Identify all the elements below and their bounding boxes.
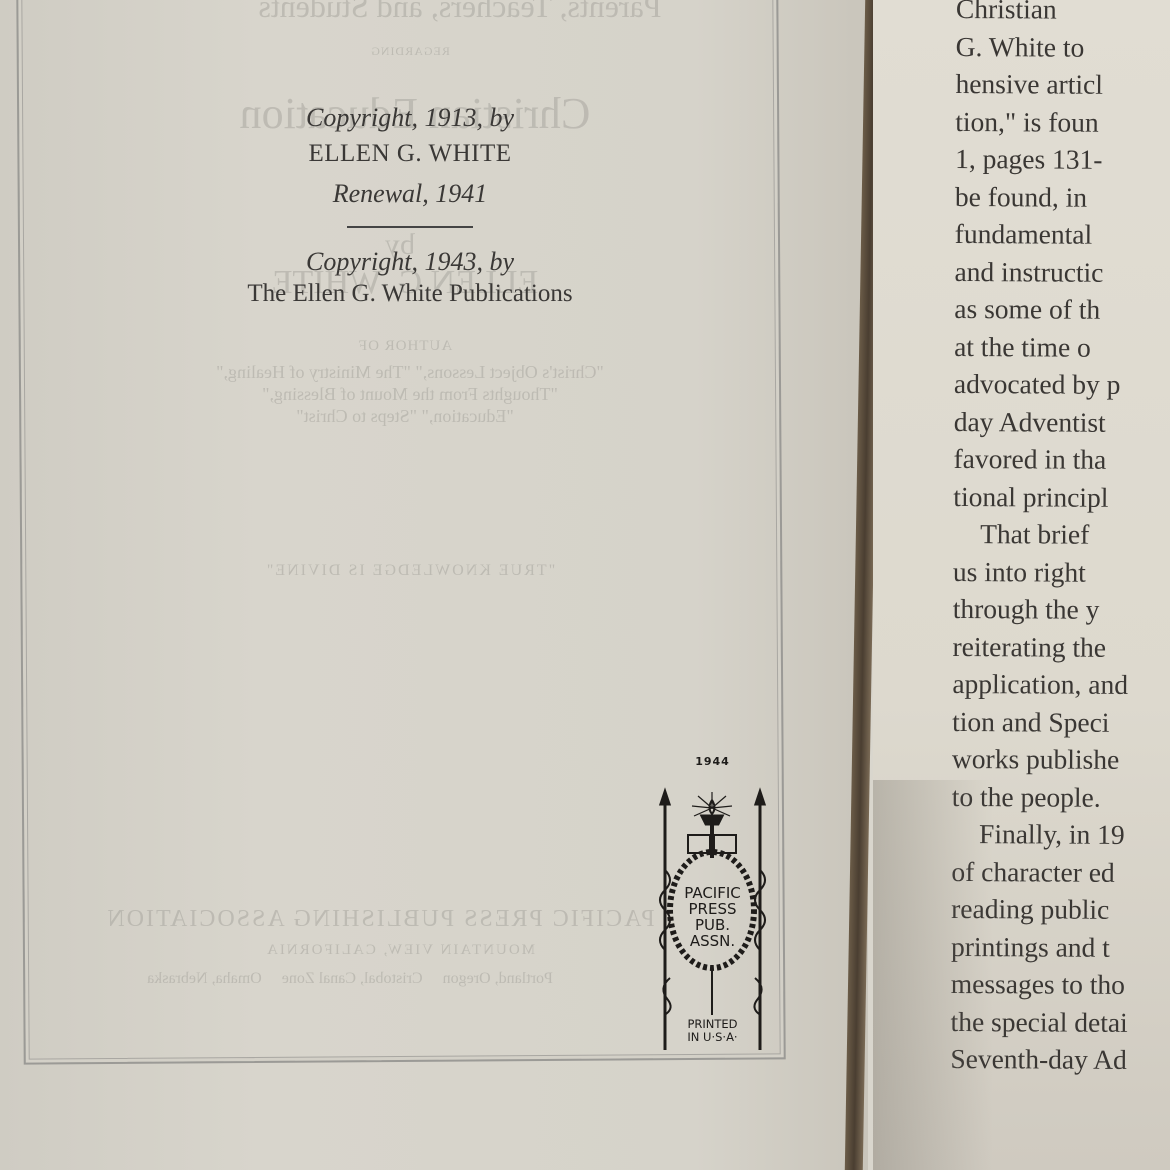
text-line: fundamental	[955, 215, 1170, 254]
text-line: the special detai	[951, 1002, 1170, 1041]
show-through-city: MOUNTAIN VIEW, CALIFORNIA	[230, 942, 570, 959]
divider-rule	[347, 226, 473, 228]
text-line: to the people.	[952, 777, 1170, 816]
text-line: reading public	[951, 890, 1170, 929]
text-line: and instructic	[954, 252, 1170, 291]
copyright-renewal: Renewal, 1941	[200, 176, 620, 212]
copyright-publications: The Ellen G. White Publications	[200, 278, 620, 310]
left-page: Parents, Teachers, and Students REGARDIN…	[0, 0, 868, 1170]
text-line: through the y	[953, 590, 1170, 629]
printed-line: IN U·S·A·	[650, 1031, 775, 1044]
show-through-works-2: "Thoughts From the Mount of Blessing,"	[200, 384, 620, 405]
show-through-branches: Portland, Oregon Cristobal, Canal Zone O…	[60, 970, 640, 988]
show-through-author-of: AUTHOR OF	[330, 338, 480, 355]
text-line: be found, in	[955, 177, 1170, 216]
text-line: us into right	[953, 552, 1170, 591]
colophon-name: PACIFIC PRESS PUB. ASSN.	[650, 885, 775, 949]
copyright-1913: Copyright, 1913, by	[200, 100, 620, 136]
right-page: Christian G. White to hensive articl tio…	[873, 0, 1170, 1170]
text-line: printings and t	[951, 927, 1170, 966]
colophon-year: 1944	[650, 755, 775, 768]
text-line: Christian	[956, 0, 1170, 29]
text-line: messages to tho	[951, 965, 1170, 1004]
text-line: reiterating the	[952, 627, 1170, 666]
show-through-works-1: "Christ's Object Lessons," "The Ministry…	[120, 362, 700, 383]
text-line: as some of th	[954, 290, 1170, 329]
text-line: tion," is foun	[955, 102, 1170, 141]
text-line: application, and	[952, 665, 1170, 704]
text-line: favored in tha	[953, 440, 1170, 479]
printed-in-usa: PRINTED IN U·S·A·	[650, 1018, 775, 1044]
text-line: That brief	[953, 515, 1170, 554]
text-line: works publishe	[952, 740, 1170, 779]
text-line: 1, pages 131-	[955, 140, 1170, 179]
colophon-name-line: PACIFIC	[650, 885, 775, 901]
right-page-body-text: Christian G. White to hensive articl tio…	[950, 0, 1170, 1079]
text-line: hensive articl	[955, 65, 1170, 104]
text-line: Seventh-day Ad	[950, 1040, 1170, 1079]
text-line: G. White to	[956, 27, 1170, 66]
colophon-name-line: PUB.	[650, 917, 775, 933]
copyright-author: ELLEN G. WHITE	[200, 136, 620, 172]
text-line: tional principl	[953, 477, 1170, 516]
copyright-block: Copyright, 1913, by ELLEN G. WHITE Renew…	[200, 100, 620, 310]
text-line: advocated by p	[954, 365, 1170, 404]
text-line: of character ed	[951, 852, 1170, 891]
text-line: tion and Speci	[952, 702, 1170, 741]
text-line: day Adventist	[954, 402, 1170, 441]
show-through-regarding: REGARDING	[340, 44, 480, 59]
text-line: Finally, in 19	[951, 815, 1170, 854]
text-line: at the time o	[954, 327, 1170, 366]
copyright-1943: Copyright, 1943, by	[200, 246, 620, 278]
show-through-publisher: PACIFIC PRESS PUBLISHING ASSOCIATION	[100, 906, 660, 933]
show-through-title-partial: Parents, Teachers, and Students	[250, 0, 670, 25]
show-through-motto: "TRUE KNOWLEDGE IS DIVINE"	[235, 562, 585, 580]
show-through-works-3: "Education," "Steps to Christ"	[230, 406, 580, 427]
colophon-name-line: ASSN.	[650, 933, 775, 949]
pacific-press-colophon: 1944 PACIFIC PRESS PUB. ASSN. PRINTED IN…	[650, 750, 775, 1055]
colophon-name-line: PRESS	[650, 901, 775, 917]
